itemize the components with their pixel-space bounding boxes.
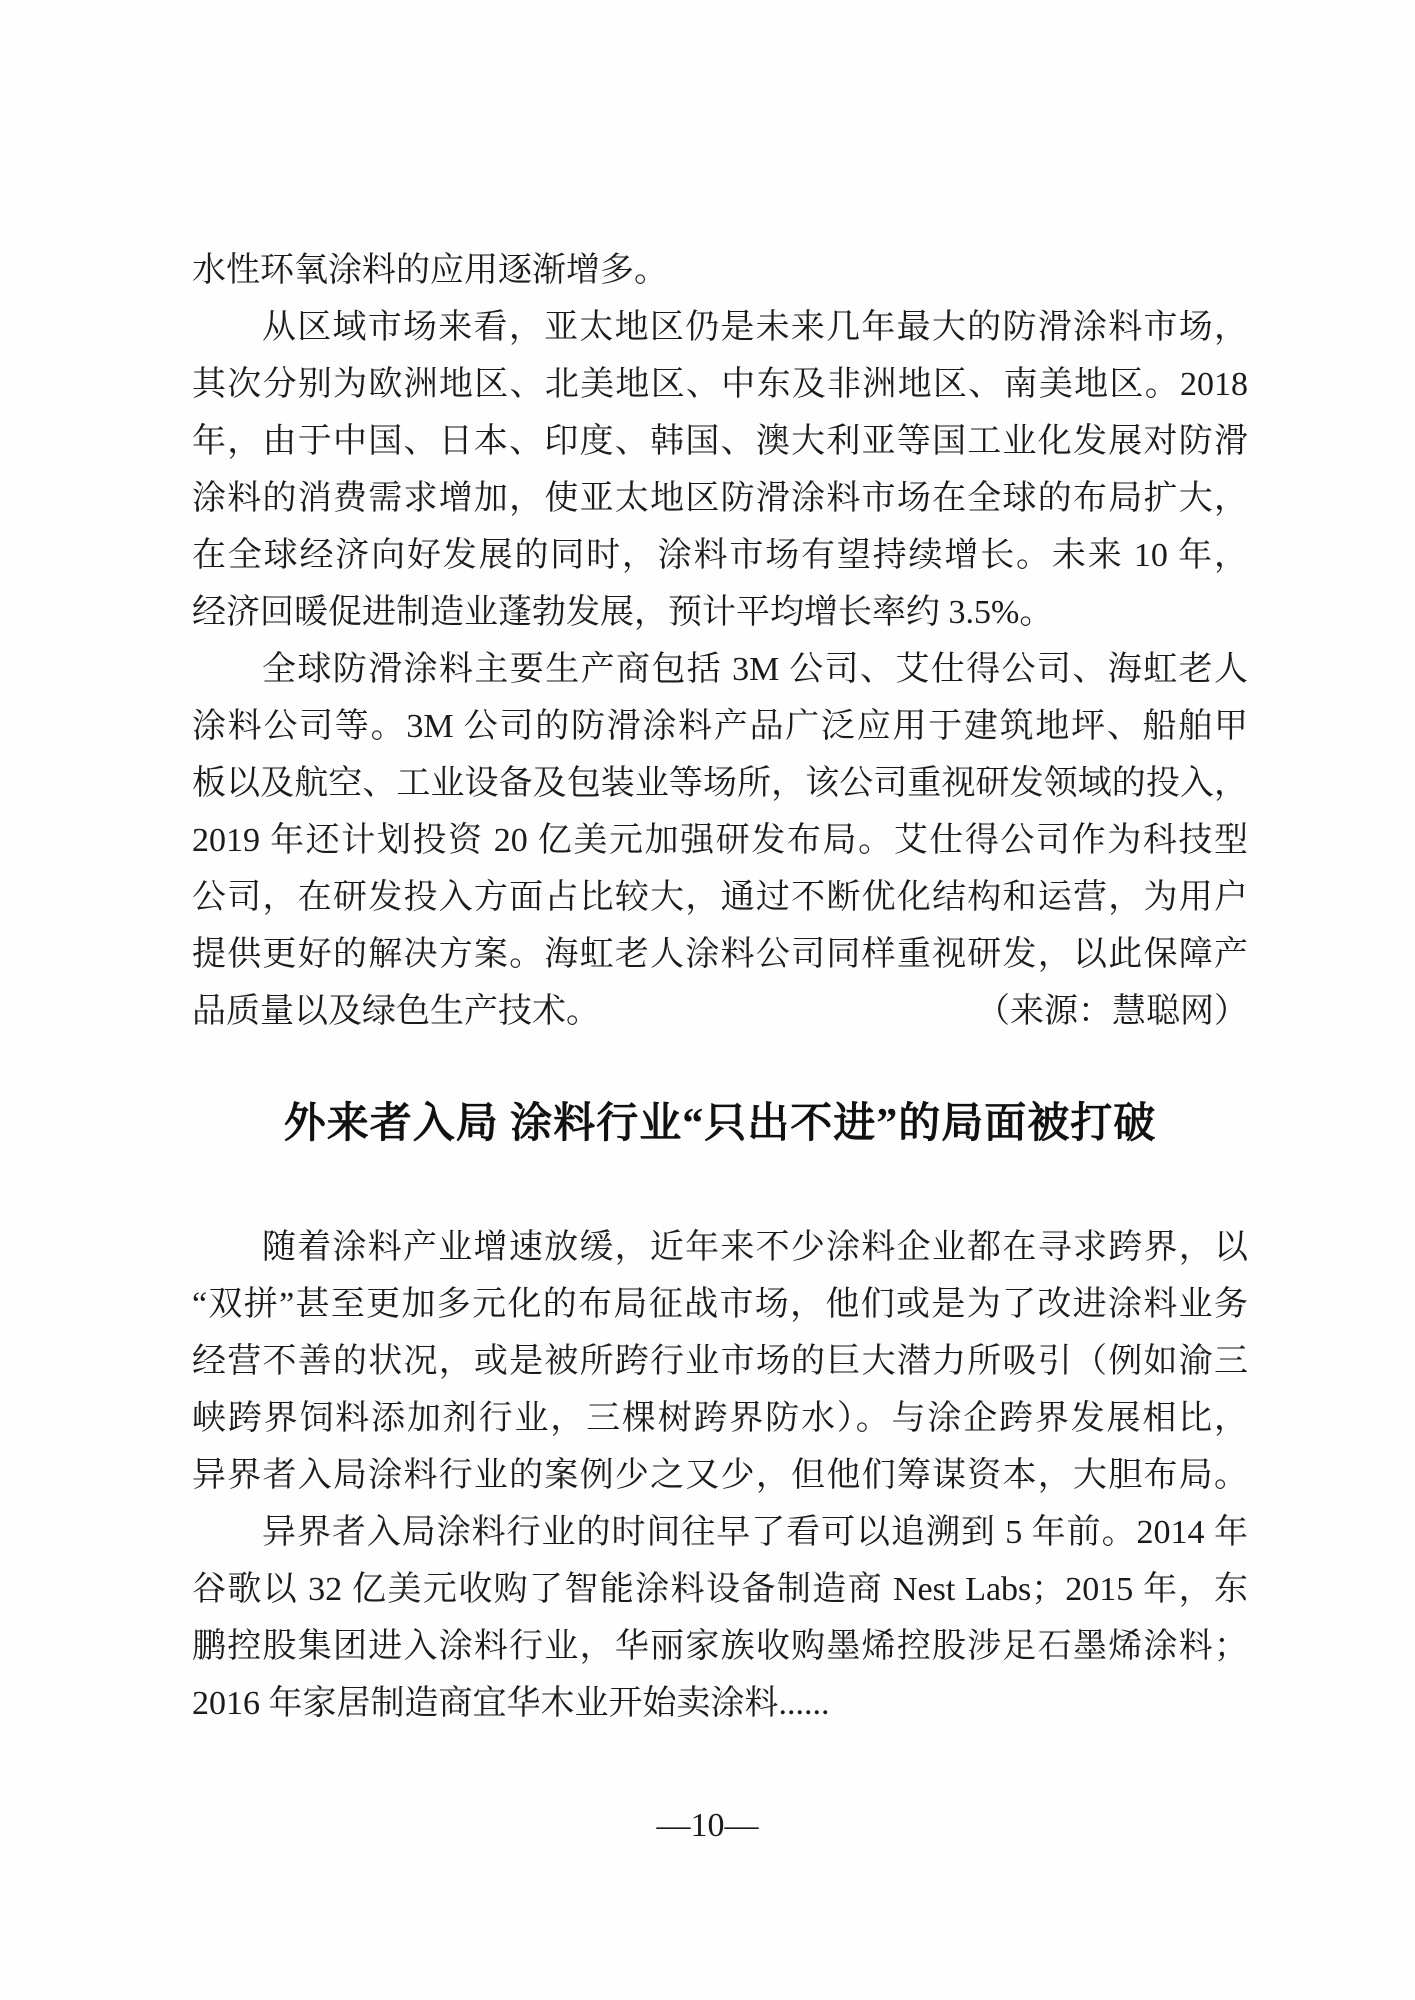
body-text-line: 经济回暖促进制造业蓬勃发展，预计平均增长率约 3.5%。 — [192, 584, 1248, 641]
body-text-line: 年，由于中国、日本、印度、韩国、澳大利亚等国工业化发展对防滑 — [192, 413, 1248, 470]
body-text-line: 异界者入局涂料行业的时间往早了看可以追溯到 5 年前。2014 年 — [192, 1504, 1248, 1561]
body-text-line: 涂料的消费需求增加，使亚太地区防滑涂料市场在全球的布局扩大， — [192, 470, 1248, 527]
text-column: 水性环氧涂料的应用逐渐增多。 从区域市场来看，亚太地区仍是未来几年最大的防滑涂料… — [192, 242, 1248, 1732]
body-text-line: 其次分别为欧洲地区、北美地区、中东及非洲地区、南美地区。2018 — [192, 356, 1248, 413]
body-text-line: 经营不善的状况，或是被所跨行业市场的巨大潜力所吸引（例如渝三 — [192, 1333, 1248, 1390]
body-text-line: 随着涂料产业增速放缓，近年来不少涂料企业都在寻求跨界，以 — [192, 1219, 1248, 1276]
document-page: 水性环氧涂料的应用逐渐增多。 从区域市场来看，亚太地区仍是未来几年最大的防滑涂料… — [0, 0, 1415, 2000]
body-text-line: 谷歌以 32 亿美元收购了智能涂料设备制造商 Nest Labs；2015 年，… — [192, 1561, 1248, 1618]
body-text-line: 提供更好的解决方案。海虹老人涂料公司同样重视研发，以此保障产 — [192, 926, 1248, 983]
source-attribution: （来源：慧聪网） — [976, 983, 1248, 1040]
body-text-line: 品质量以及绿色生产技术。 — [192, 983, 600, 1040]
body-text-line: 全球防滑涂料主要生产商包括 3M 公司、艾仕得公司、海虹老人 — [192, 641, 1248, 698]
article-heading: 外来者入局 涂料行业“只出不进”的局面被打破 — [192, 1096, 1248, 1153]
body-text-line: 涂料公司等。3M 公司的防滑涂料产品广泛应用于建筑地坪、船舶甲 — [192, 698, 1248, 755]
page-number: —10— — [0, 1806, 1415, 1846]
body-text-line: 2016 年家居制造商宜华木业开始卖涂料...... — [192, 1675, 1248, 1732]
body-text-line: 水性环氧涂料的应用逐渐增多。 — [192, 242, 1248, 299]
body-text-line: 从区域市场来看，亚太地区仍是未来几年最大的防滑涂料市场， — [192, 299, 1248, 356]
body-text-line: 鹏控股集团进入涂料行业，华丽家族收购墨烯控股涉足石墨烯涂料； — [192, 1618, 1248, 1675]
body-text-line: 板以及航空、工业设备及包装业等场所，该公司重视研发领域的投入， — [192, 755, 1248, 812]
body-text-line: “双拼”甚至更加多元化的布局征战市场，他们或是为了改进涂料业务 — [192, 1276, 1248, 1333]
body-text-line: 公司，在研发投入方面占比较大，通过不断优化结构和运营，为用户 — [192, 869, 1248, 926]
body-text-line: 峡跨界饲料添加剂行业，三棵树跨界防水）。与涂企跨界发展相比， — [192, 1390, 1248, 1447]
body-text-line-with-source: 品质量以及绿色生产技术。 （来源：慧聪网） — [192, 983, 1248, 1040]
body-text-line: 2019 年还计划投资 20 亿美元加强研发布局。艾仕得公司作为科技型 — [192, 812, 1248, 869]
body-text-line: 异界者入局涂料行业的案例少之又少，但他们筹谋资本，大胆布局。 — [192, 1447, 1248, 1504]
body-text-line: 在全球经济向好发展的同时，涂料市场有望持续增长。未来 10 年， — [192, 527, 1248, 584]
